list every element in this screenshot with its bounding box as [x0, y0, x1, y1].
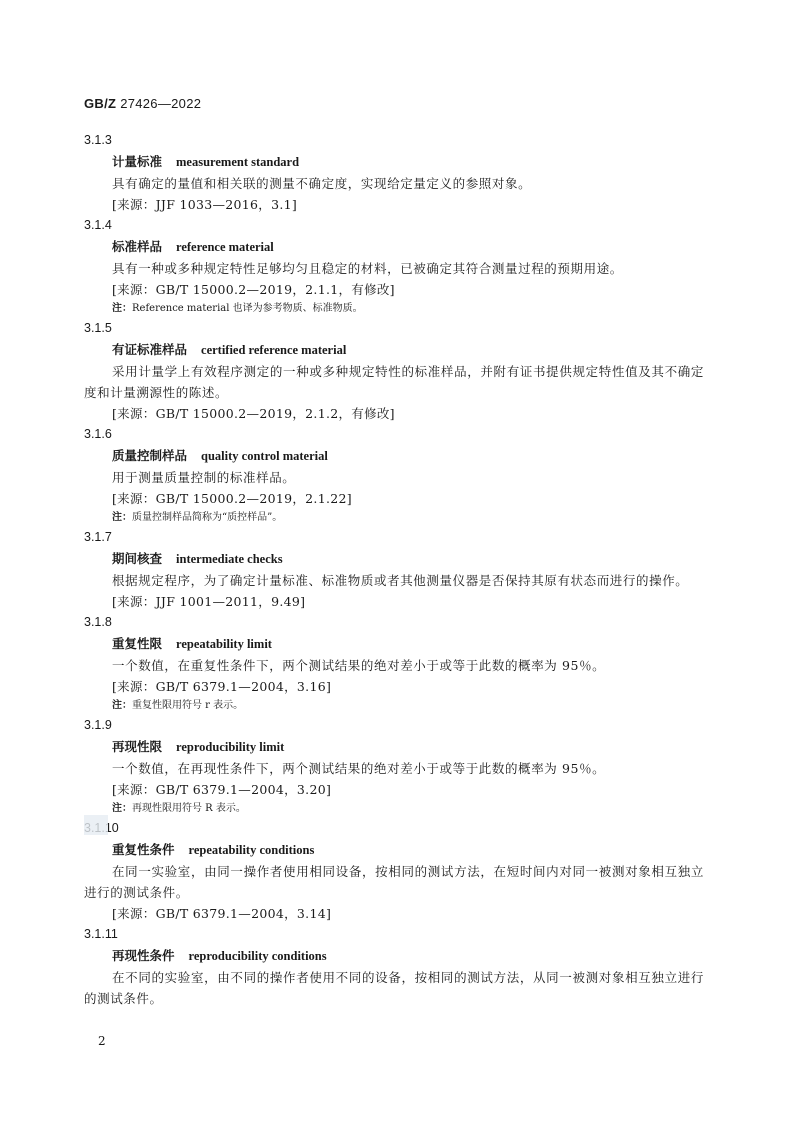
- clause-number: 3.1.8: [84, 612, 704, 633]
- term-entry: 3.1.3计量标准measurement standard具有确定的量值和相关联…: [84, 130, 704, 215]
- term-entry: 3.1.10重复性条件repeatability conditions在同一实验…: [84, 818, 704, 924]
- term-entry: 3.1.5有证标准样品certified reference material采…: [84, 318, 704, 424]
- term-definition: 用于测量质量控制的标准样品。: [84, 467, 704, 488]
- term-chinese: 再现性条件: [112, 948, 175, 963]
- term-source: [来源：GB/T 6379.1—2004，3.20]: [84, 779, 704, 800]
- term-heading: 期间核查intermediate checks: [84, 548, 704, 570]
- standard-number: 27426—2022: [120, 96, 201, 111]
- term-definition: 在不同的实验室，由不同的操作者使用不同的设备，按相同的测试方法，从同一被测对象相…: [84, 967, 704, 1009]
- term-english: reference material: [176, 240, 274, 254]
- term-heading: 重复性限repeatability limit: [84, 633, 704, 655]
- term-entry: 3.1.6质量控制样品quality control material用于测量质…: [84, 424, 704, 527]
- clause-number: 3.1.4: [84, 215, 704, 236]
- document-header: GB/Z 27426—2022: [84, 96, 201, 111]
- watermark-logo: [84, 815, 108, 835]
- term-heading: 有证标准样品certified reference material: [84, 339, 704, 361]
- term-definition: 采用计量学上有效程序测定的一种或多种规定特性的标准样品，并附有证书提供规定特性值…: [84, 361, 704, 403]
- clause-number: 3.1.11: [84, 924, 704, 945]
- term-english: measurement standard: [176, 155, 299, 169]
- term-heading: 质量控制样品quality control material: [84, 445, 704, 467]
- note-text: Reference material 也译为参考物质、标准物质。: [132, 303, 363, 314]
- term-entry: 3.1.4标准样品reference material具有一种或多种规定特性足够…: [84, 215, 704, 318]
- clause-number: 3.1.6: [84, 424, 704, 445]
- term-note: 注：重复性限用符号 r 表示。: [84, 697, 704, 715]
- term-heading: 再现性限reproducibility limit: [84, 736, 704, 758]
- term-source: [来源：GB/T 15000.2—2019，2.1.2，有修改]: [84, 403, 704, 424]
- term-chinese: 标准样品: [112, 239, 162, 254]
- term-heading: 重复性条件repeatability conditions: [84, 839, 704, 861]
- clause-number: 3.1.7: [84, 527, 704, 548]
- term-english: intermediate checks: [176, 552, 283, 566]
- term-chinese: 重复性条件: [112, 842, 175, 857]
- term-english: repeatability conditions: [189, 843, 315, 857]
- term-source: [来源：JJF 1001—2011，9.49]: [84, 591, 704, 612]
- term-chinese: 质量控制样品: [112, 448, 187, 463]
- term-definition: 一个数值，在再现性条件下，两个测试结果的绝对差小于或等于此数的概率为 95％。: [84, 758, 704, 779]
- term-source: [来源：GB/T 6379.1—2004，3.14]: [84, 903, 704, 924]
- clause-number: 3.1.5: [84, 318, 704, 339]
- term-source: [来源：JJF 1033—2016，3.1]: [84, 194, 704, 215]
- clause-number: 3.1.10: [84, 818, 704, 839]
- term-chinese: 重复性限: [112, 636, 162, 651]
- term-definition: 具有确定的量值和相关联的测量不确定度，实现给定量定义的参照对象。: [84, 173, 704, 194]
- term-note: 注：质量控制样品简称为“质控样品”。: [84, 509, 704, 527]
- clause-number: 3.1.3: [84, 130, 704, 151]
- term-chinese: 有证标准样品: [112, 342, 187, 357]
- terms-section: 3.1.3计量标准measurement standard具有确定的量值和相关联…: [84, 130, 704, 1009]
- term-entry: 3.1.11再现性条件reproducibility conditions在不同…: [84, 924, 704, 1009]
- term-heading: 再现性条件reproducibility conditions: [84, 945, 704, 967]
- term-english: quality control material: [201, 449, 328, 463]
- note-label: 注：: [112, 512, 132, 523]
- term-chinese: 再现性限: [112, 739, 162, 754]
- term-entry: 3.1.7期间核查intermediate checks根据规定程序，为了确定计…: [84, 527, 704, 612]
- standard-prefix: GB/Z: [84, 96, 116, 111]
- term-source: [来源：GB/T 6379.1—2004，3.16]: [84, 676, 704, 697]
- term-chinese: 期间核查: [112, 551, 162, 566]
- term-chinese: 计量标准: [112, 154, 162, 169]
- term-note: 注：再现性限用符号 R 表示。: [84, 800, 704, 818]
- note-text: 质量控制样品简称为“质控样品”。: [132, 512, 282, 523]
- term-english: repeatability limit: [176, 637, 272, 651]
- note-text: 重复性限用符号 r 表示。: [132, 700, 243, 711]
- page-number: 2: [98, 1034, 106, 1048]
- term-heading: 计量标准measurement standard: [84, 151, 704, 173]
- note-label: 注：: [112, 700, 132, 711]
- clause-number: 3.1.9: [84, 715, 704, 736]
- term-definition: 在同一实验室，由同一操作者使用相同设备，按相同的测试方法，在短时间内对同一被测对…: [84, 861, 704, 903]
- term-english: reproducibility conditions: [189, 949, 327, 963]
- term-source: [来源：GB/T 15000.2—2019，2.1.1，有修改]: [84, 279, 704, 300]
- term-definition: 一个数值，在重复性条件下，两个测试结果的绝对差小于或等于此数的概率为 95％。: [84, 655, 704, 676]
- term-definition: 具有一种或多种规定特性足够均匀且稳定的材料，已被确定其符合测量过程的预期用途。: [84, 258, 704, 279]
- note-label: 注：: [112, 303, 132, 314]
- term-definition: 根据规定程序，为了确定计量标准、标准物质或者其他测量仪器是否保持其原有状态而进行…: [84, 570, 704, 591]
- term-entry: 3.1.9再现性限reproducibility limit一个数值，在再现性条…: [84, 715, 704, 818]
- term-english: certified reference material: [201, 343, 346, 357]
- term-source: [来源：GB/T 15000.2—2019，2.1.22]: [84, 488, 704, 509]
- term-note: 注：Reference material 也译为参考物质、标准物质。: [84, 300, 704, 318]
- term-heading: 标准样品reference material: [84, 236, 704, 258]
- note-text: 再现性限用符号 R 表示。: [132, 803, 246, 814]
- term-entry: 3.1.8重复性限repeatability limit一个数值，在重复性条件下…: [84, 612, 704, 715]
- term-english: reproducibility limit: [176, 740, 284, 754]
- note-label: 注：: [112, 803, 132, 814]
